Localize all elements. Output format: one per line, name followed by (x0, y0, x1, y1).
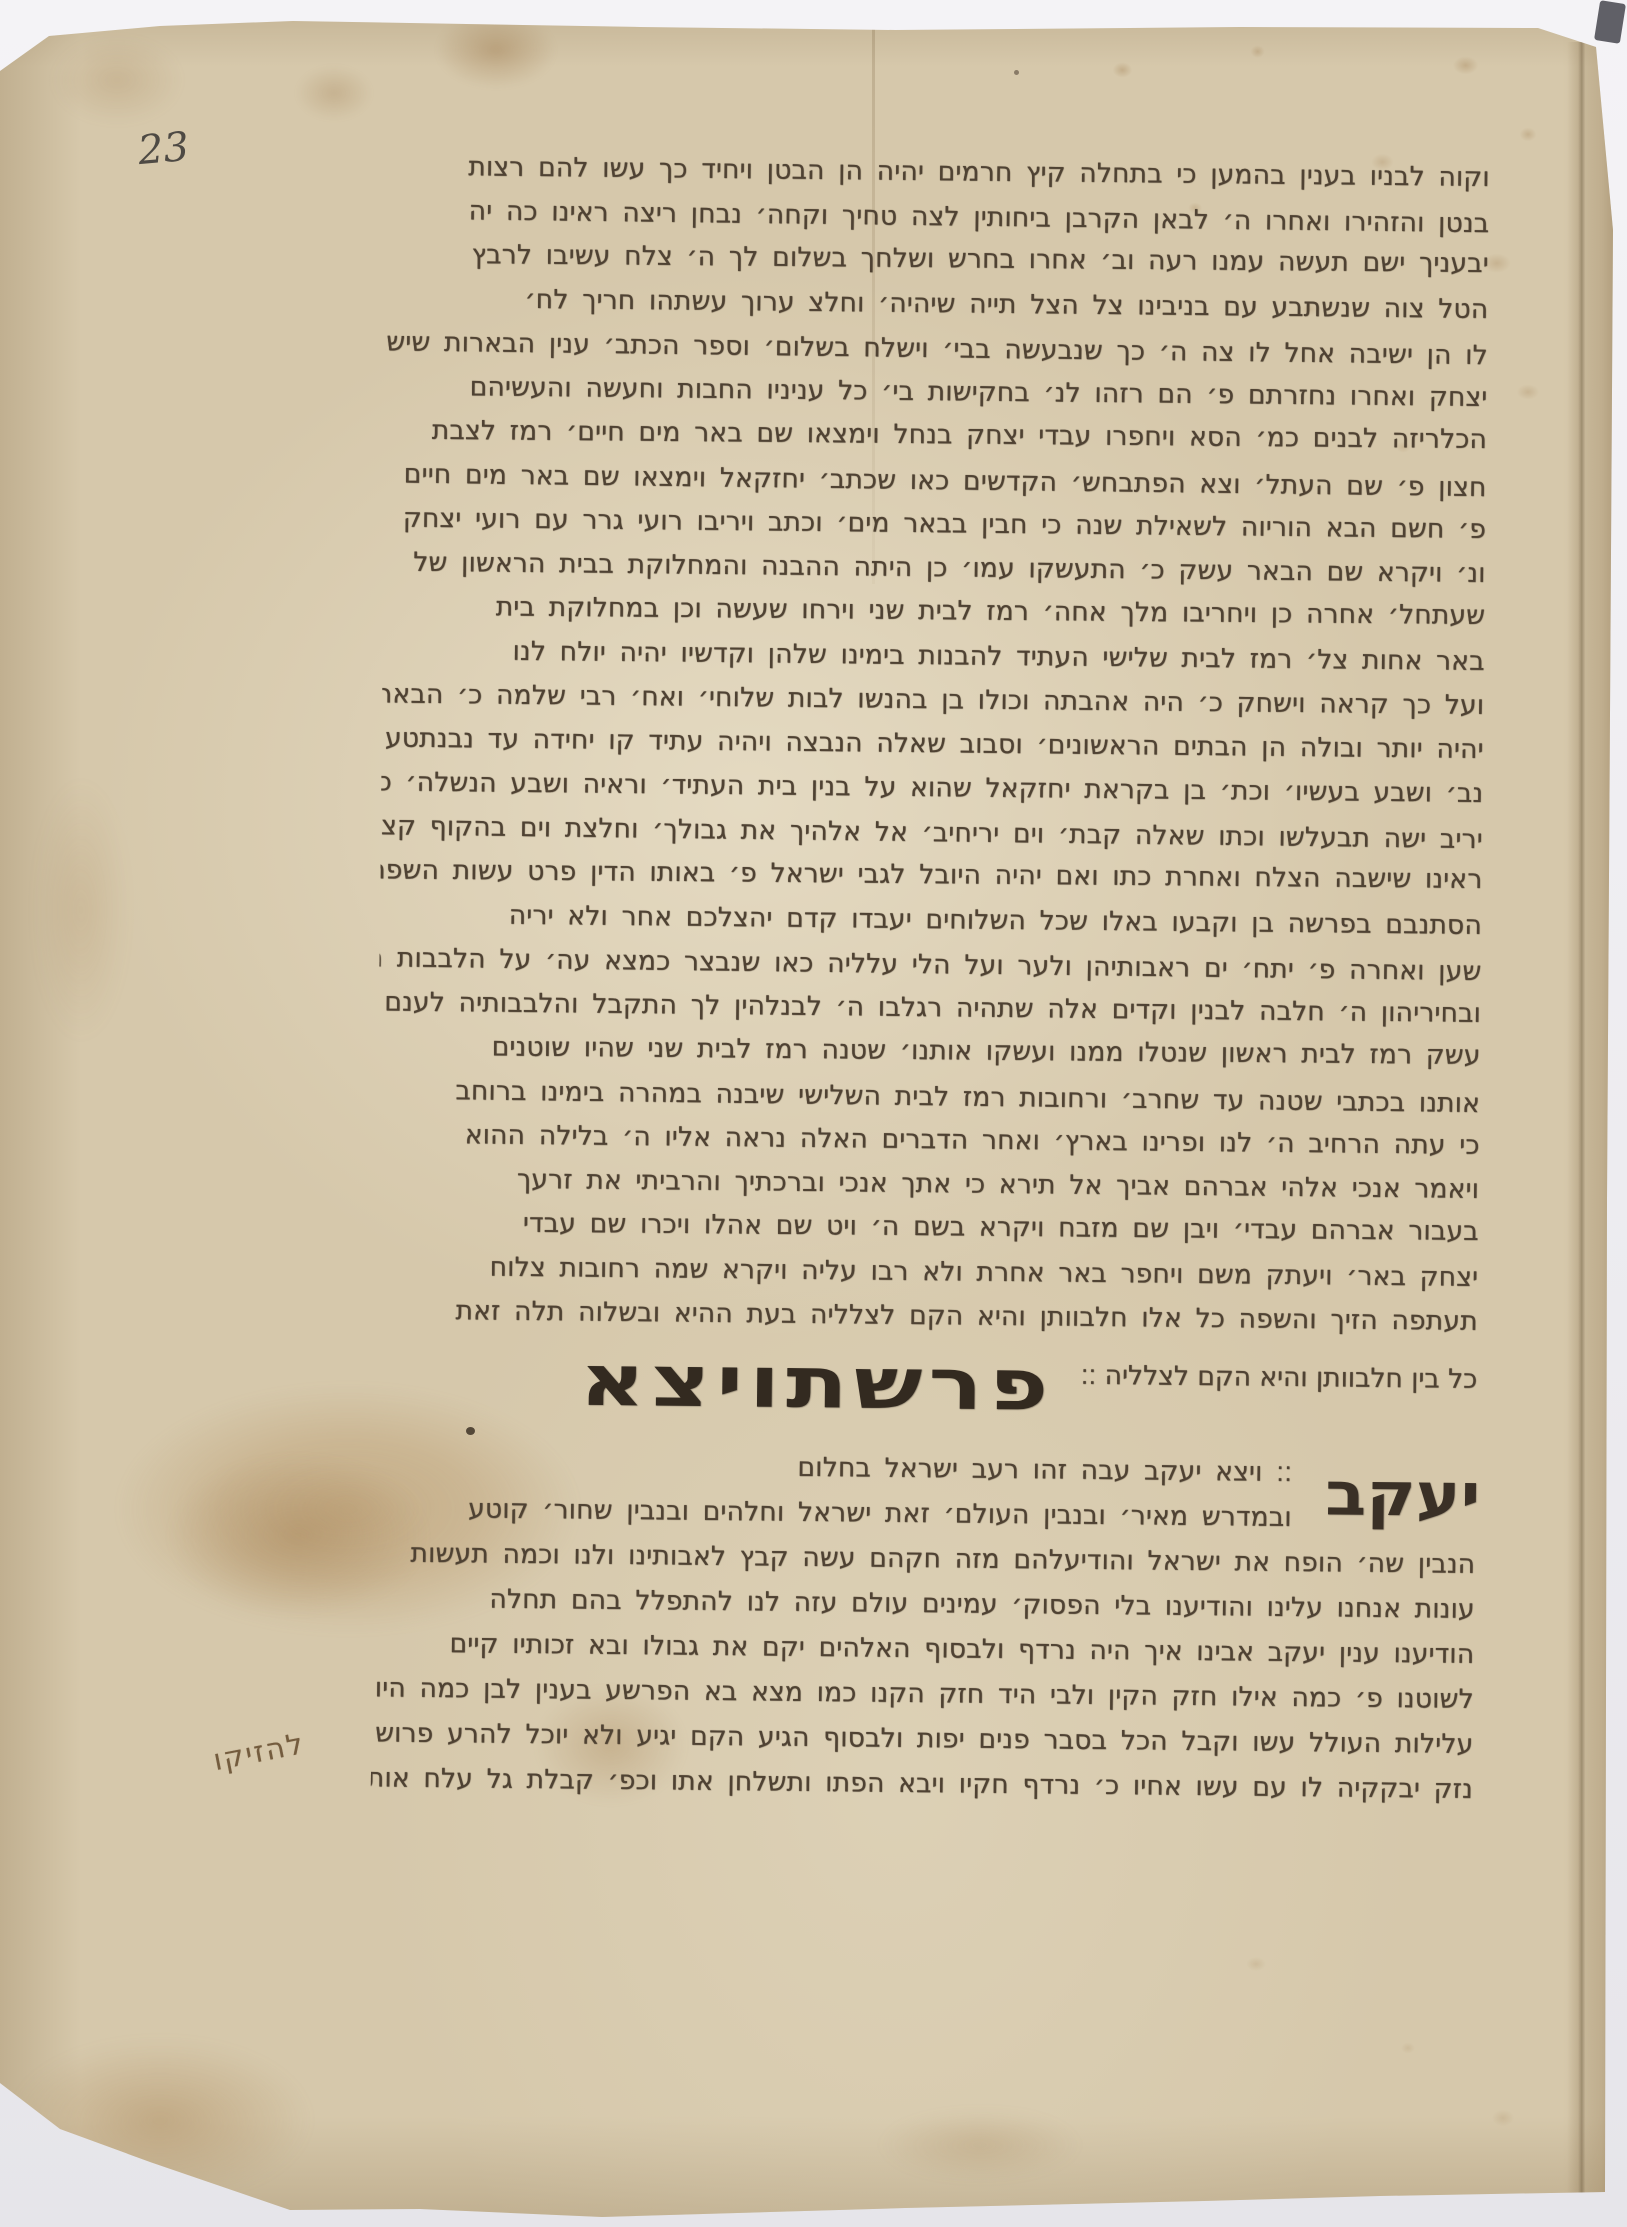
lemma-word: יעקב (1325, 1454, 1481, 1536)
folio-number: 23 (136, 124, 191, 174)
paragraph-1-upper: וקוה לבניו בענין בהמען כי בתחלה קיץ חרמי… (382, 144, 1490, 728)
stain (10, 2040, 310, 2200)
margin-note: להזיקו (134, 1726, 307, 1792)
heading-row: כל בין חלבוותן והיא הקם לצלליה ׃׃ פרשתוי… (375, 1334, 1478, 1448)
text-block: וקוה לבניו בענין בהמען כי בתחלה קיץ חרמי… (371, 144, 1490, 1811)
backdrop-corner-mark (1594, 0, 1626, 44)
stain (880, 2110, 1080, 2180)
parashah-heading: פרשתויצא (579, 1337, 1055, 1430)
paragraph-1-lower: נב׳ ושבע בעשיו׳ וכת׳ בן בקראת יחזקאל שהו… (376, 760, 1484, 1344)
paragraph-2-lines: ׃׃ ויצא יעקב עבה זהו רעב ישראל בחלוםובמד… (371, 1440, 1477, 1812)
manuscript-page: 23 וקוה לבניו בענין בהמען כי בתחלה קיץ ח… (0, 0, 1627, 2227)
page-fold-crease (1567, 42, 1613, 2199)
paragraph-2: יעקב ׃׃ ויצא יעקב עבה זהו רעב ישראל בחלו… (371, 1440, 1477, 1812)
stain (436, 12, 556, 88)
gap-line-left: טע סב׳ (382, 716, 420, 760)
stain (52, 36, 182, 124)
stain (36, 780, 126, 1040)
ink-speck (1014, 70, 1019, 75)
manuscript-photo: 23 וקוה לבניו בענין בהמען כי בתחלה קיץ ח… (0, 0, 1627, 2227)
paragraph-end-text: כל בין חלבוותן והיא הקם לצלליה ׃׃ (1080, 1342, 1477, 1402)
stain (296, 66, 372, 120)
foxing-spots (1180, 1880, 1560, 2160)
